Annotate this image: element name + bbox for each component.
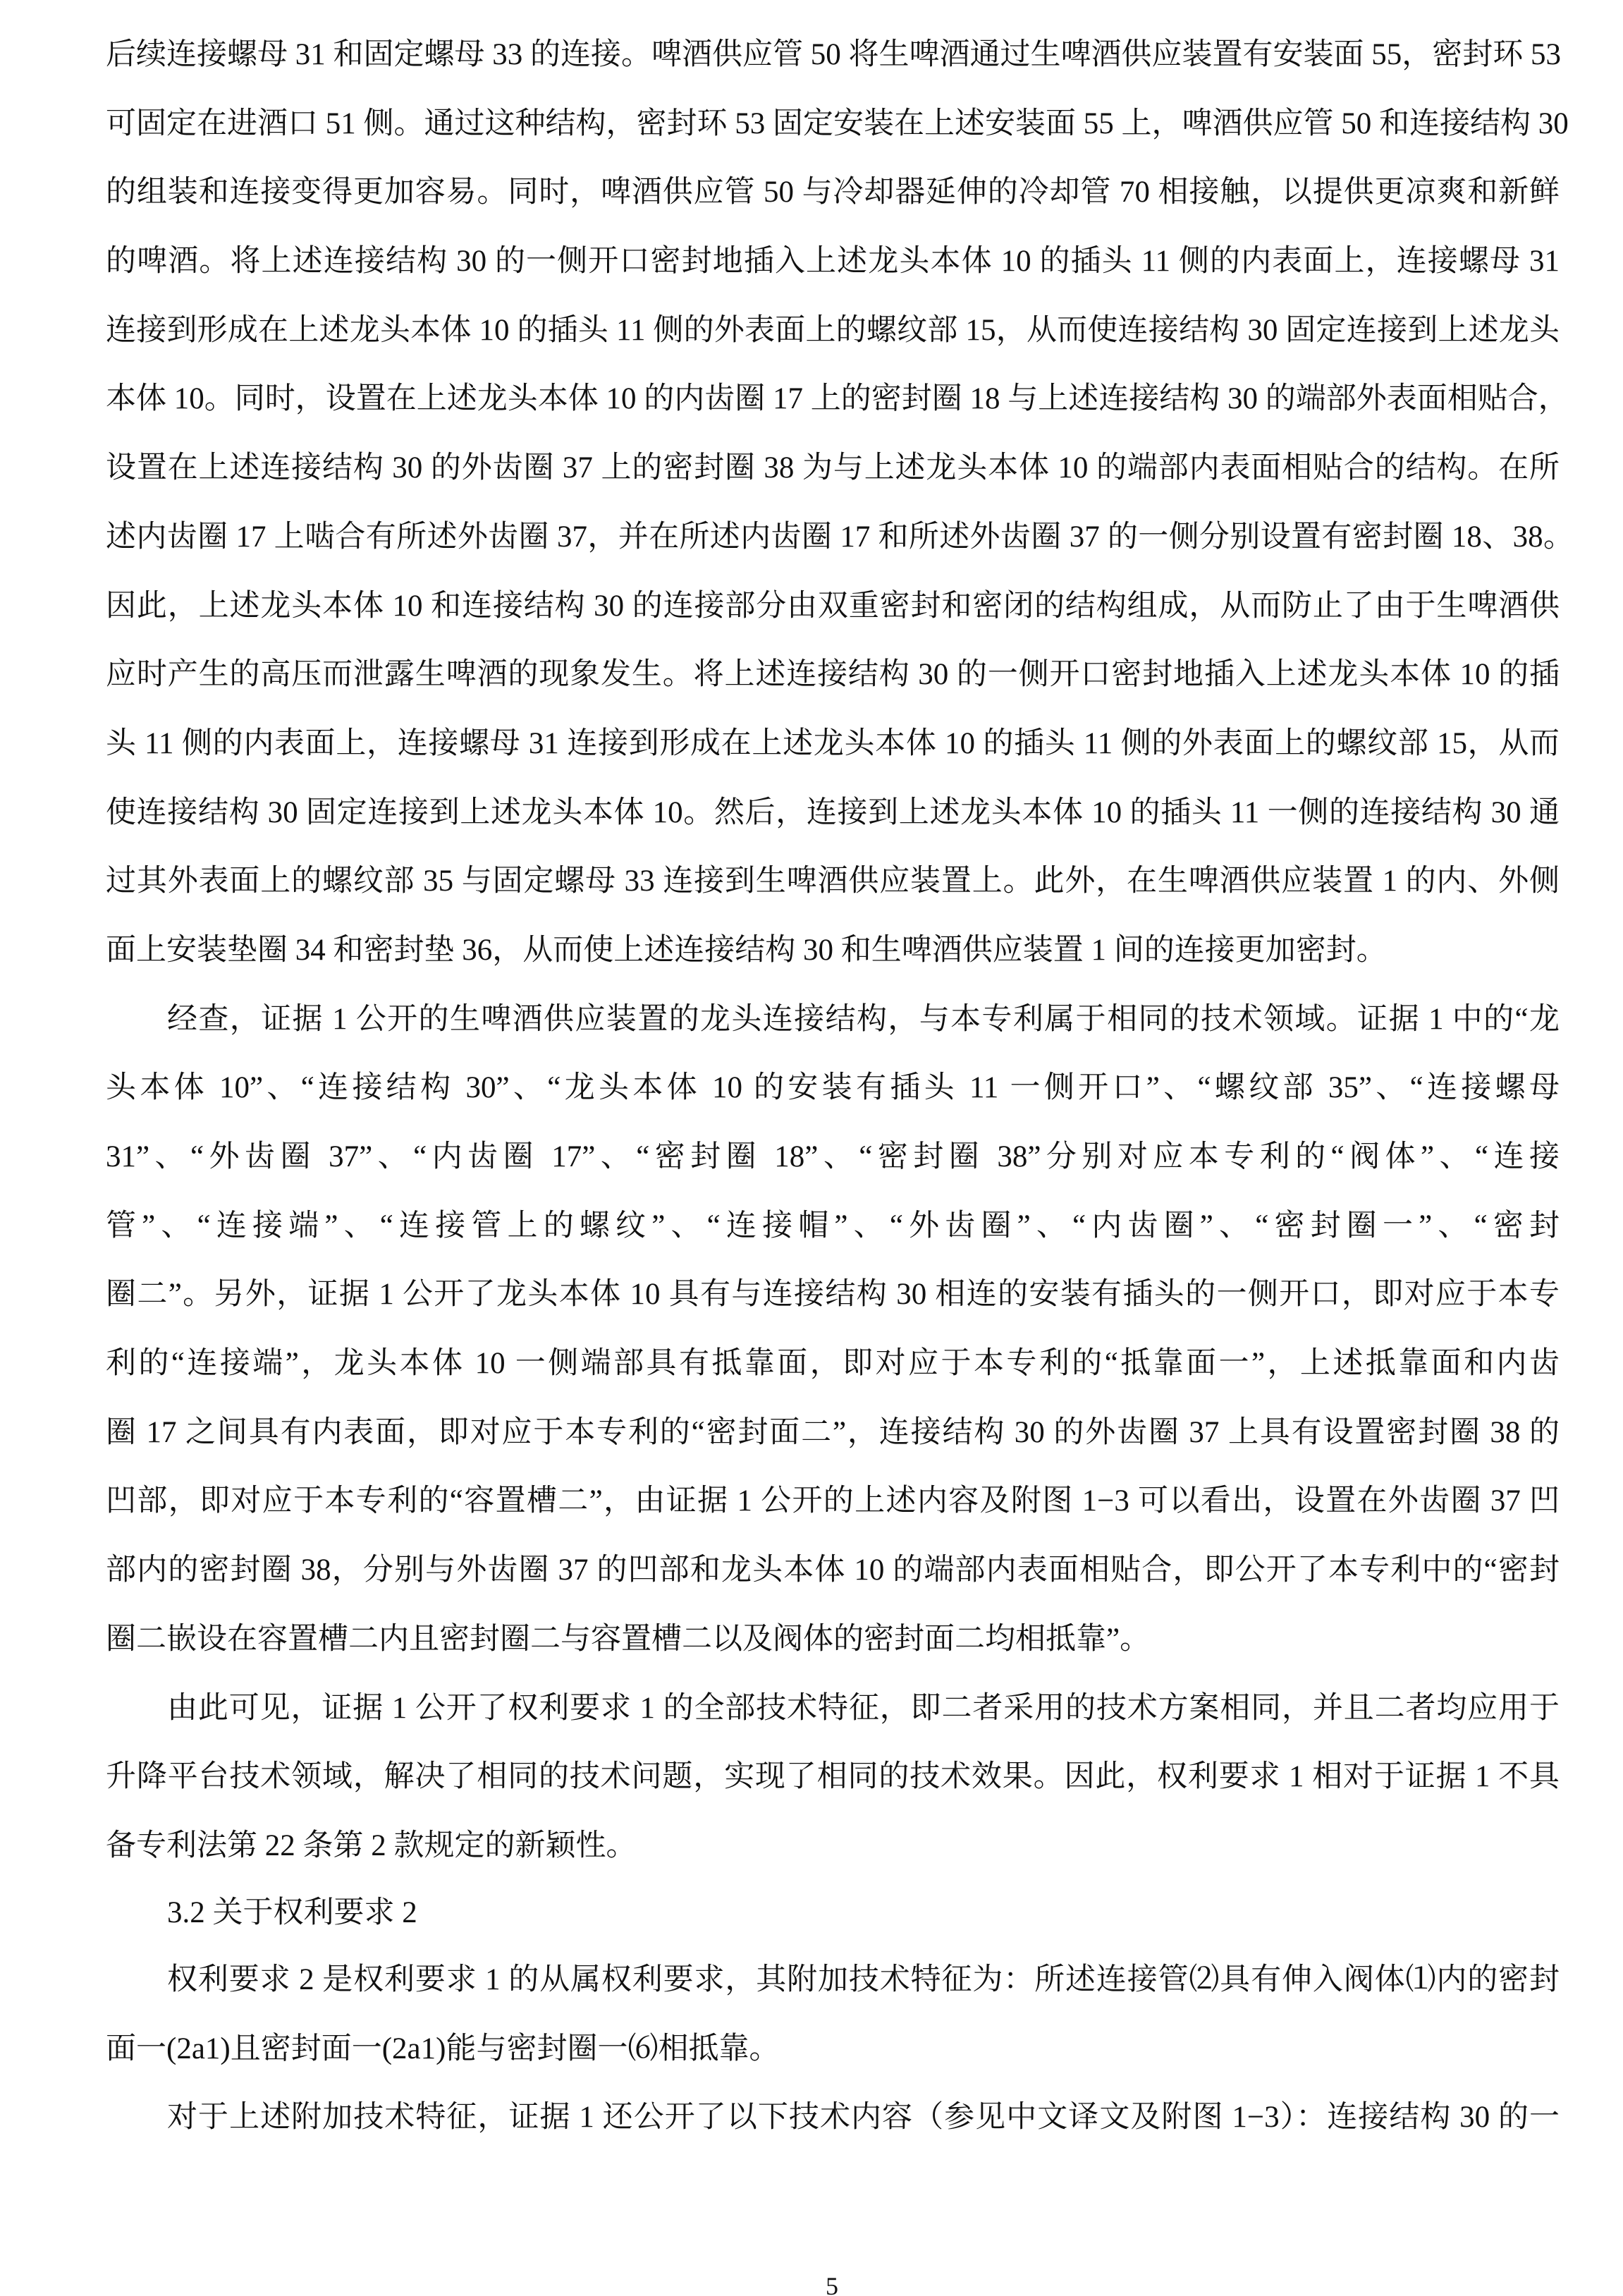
text-line: 权利要求 2 是权利要求 1 的从属权利要求，其附加技术特征为：所述连接管⑵具有… xyxy=(167,1959,1560,2001)
text-line: 面一(2a1)且密封面一(2a1)能与密封圈一⑹相抵靠。 xyxy=(106,2028,1560,2070)
text-line: 升降平台技术领域，解决了相同的技术问题，实现了相同的技术效果。因此，权利要求 1… xyxy=(106,1756,1560,1798)
text-line: 圈二嵌设在容置槽二内且密封圈二与容置槽二以及阀体的密封面二均相抵靠”。 xyxy=(106,1618,1560,1661)
text-line: 过其外表面上的螺纹部 35 与固定螺母 33 连接到生啤酒供应装置上。此外，在生… xyxy=(106,860,1560,903)
text-line: 应时产生的高压而泄露生啤酒的现象发生。将上述连接结构 30 的一侧开口密封地插入… xyxy=(106,654,1560,696)
page-number: 5 xyxy=(819,2272,845,2296)
text-line: 述内齿圈 17 上啮合有所述外齿圈 37，并在所述内齿圈 17 和所述外齿圈 3… xyxy=(106,516,1574,558)
text-line: 圈二”。另外，证据 1 公开了龙头本体 10 具有与连接结构 30 相连的安装有… xyxy=(106,1274,1560,1316)
text-line: 的啤酒。将上述连接结构 30 的一侧开口密封地插入上述龙头本体 10 的插头 1… xyxy=(106,240,1560,283)
text-line: 后续连接螺母 31 和固定螺母 33 的连接。啤酒供应管 50 将生啤酒通过生啤… xyxy=(106,34,1560,76)
text-line: 圈 17 之间具有内表面，即对应于本专利的“密封面二”，连接结构 30 的外齿圈… xyxy=(106,1412,1560,1454)
text-line: 头 11 侧的内表面上，连接螺母 31 连接到形成在上述龙头本体 10 的插头 … xyxy=(106,723,1560,765)
text-line: 面上安装垫圈 34 和密封垫 36，从而使上述连接结构 30 和生啤酒供应装置 … xyxy=(106,929,1560,972)
text-line: 的组装和连接变得更加容易。同时，啤酒供应管 50 与冷却器延伸的冷却管 70 相… xyxy=(106,171,1560,214)
text-line: 备专利法第 22 条第 2 款规定的新颖性。 xyxy=(106,1825,1560,1867)
text-line: 凹部，即对应于本专利的“容置槽二”，由证据 1 公开的上述内容及附图 1−3 可… xyxy=(106,1480,1560,1522)
text-line: 部内的密封圈 38，分别与外齿圈 37 的凹部和龙头本体 10 的端部内表面相贴… xyxy=(106,1549,1560,1592)
text-line: 设置在上述连接结构 30 的外齿圈 37 上的密封圈 38 为与上述龙头本体 1… xyxy=(106,447,1560,489)
section-heading-3-2: 3.2 关于权利要求 2 xyxy=(167,1892,1560,1934)
text-line: 因此，上述龙头本体 10 和连接结构 30 的连接部分由双重密封和密闭的结构组成… xyxy=(106,585,1560,628)
document-page: 后续连接螺母 31 和固定螺母 33 的连接。啤酒供应管 50 将生啤酒通过生啤… xyxy=(0,0,1623,2296)
text-line: 管”、“连接端”、“连接管上的螺纹”、“连接帽”、“外齿圈”、“内齿圈”、“密封… xyxy=(106,1205,1560,1247)
text-line: 由此可见，证据 1 公开了权利要求 1 的全部技术特征，即二者采用的技术方案相同… xyxy=(167,1687,1560,1730)
text-line: 利的“连接端”，龙头本体 10 一侧端部具有抵靠面，即对应于本专利的“抵靠面一”… xyxy=(106,1343,1560,1385)
text-line: 可固定在进酒口 51 侧。通过这种结构，密封环 53 固定安装在上述安装面 55… xyxy=(106,103,1560,145)
text-line: 头本体 10”、“连接结构 30”、“龙头本体 10 的安装有插头 11 一侧开… xyxy=(106,1067,1560,1109)
text-line: 连接到形成在上述龙头本体 10 的插头 11 侧的外表面上的螺纹部 15，从而使… xyxy=(106,310,1560,352)
text-line: 使连接结构 30 固定连接到上述龙头本体 10。然后，连接到上述龙头本体 10 … xyxy=(106,792,1560,834)
text-line: 本体 10。同时，设置在上述龙头本体 10 的内齿圈 17 上的密封圈 18 与… xyxy=(106,378,1560,420)
text-line: 31”、“外齿圈 37”、“内齿圈 17”、“密封圈 18”、“密封圈 38”分… xyxy=(106,1136,1560,1178)
text-line: 经查，证据 1 公开的生啤酒供应装置的龙头连接结构，与本专利属于相同的技术领域。… xyxy=(167,999,1560,1041)
text-line: 对于上述附加技术特征，证据 1 还公开了以下技术内容（参见中文译文及附图 1−3… xyxy=(167,2096,1560,2139)
